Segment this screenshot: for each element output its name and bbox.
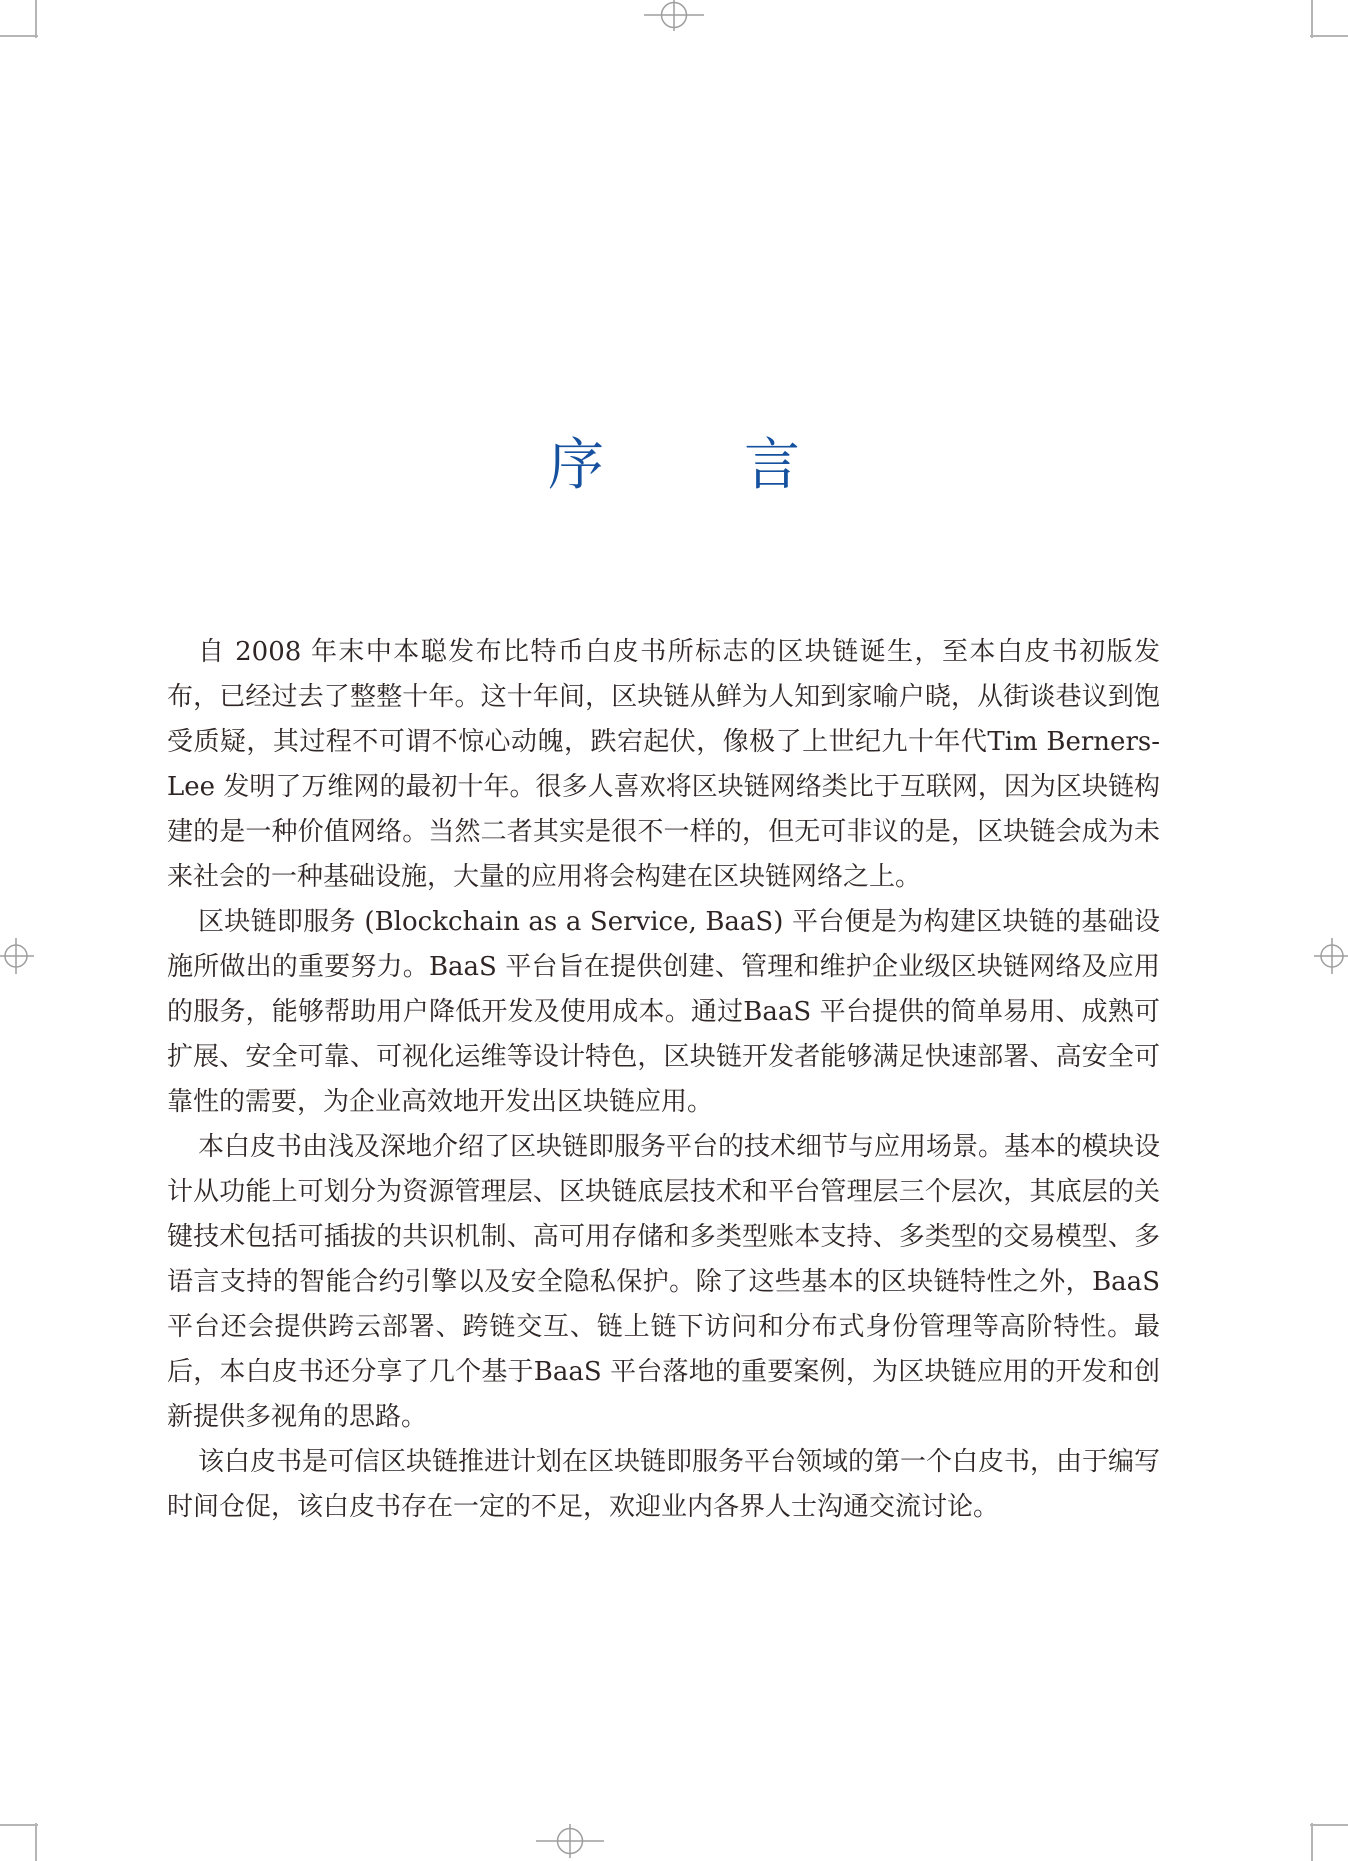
crop-mark-bottom-left-vertical (35, 1823, 37, 1861)
registration-mark-top-icon (640, 0, 708, 32)
crop-mark-bottom-left-horizontal (0, 1824, 38, 1826)
crop-mark-bottom-right-vertical (1311, 1823, 1313, 1861)
registration-mark-bottom-icon (536, 1824, 604, 1858)
page-title-char-first: 序 (548, 436, 604, 496)
paragraph-4: 该白皮书是可信区块链推进计划在区块链即服务平台领域的第一个白皮书，由于编写时间仓… (167, 1440, 1160, 1530)
crop-mark-top-left-vertical (35, 0, 37, 38)
crop-mark-bottom-right-horizontal (1310, 1824, 1348, 1826)
page-title-char-second: 言 (744, 436, 800, 496)
whitepaper-preface-page: 序 言 自 2008 年末中本聪发布比特币白皮书所标志的区块链诞生，至本白皮书初… (0, 0, 1348, 1861)
paragraph-1: 自 2008 年末中本聪发布比特币白皮书所标志的区块链诞生，至本白皮书初版发布，… (167, 630, 1160, 900)
crop-mark-top-right-vertical (1311, 0, 1313, 38)
registration-mark-right-icon (1312, 938, 1348, 974)
preface-body: 自 2008 年末中本聪发布比特币白皮书所标志的区块链诞生，至本白皮书初版发布，… (167, 630, 1160, 1530)
paragraph-2: 区块链即服务 (Blockchain as a Service, BaaS) 平… (167, 900, 1160, 1125)
crop-mark-top-left-horizontal (0, 35, 38, 37)
page-title: 序 言 (0, 436, 1348, 496)
paragraph-3: 本白皮书由浅及深地介绍了区块链即服务平台的技术细节与应用场景。基本的模块设计从功… (167, 1125, 1160, 1440)
crop-mark-top-right-horizontal (1310, 35, 1348, 37)
registration-mark-left-icon (0, 938, 36, 974)
